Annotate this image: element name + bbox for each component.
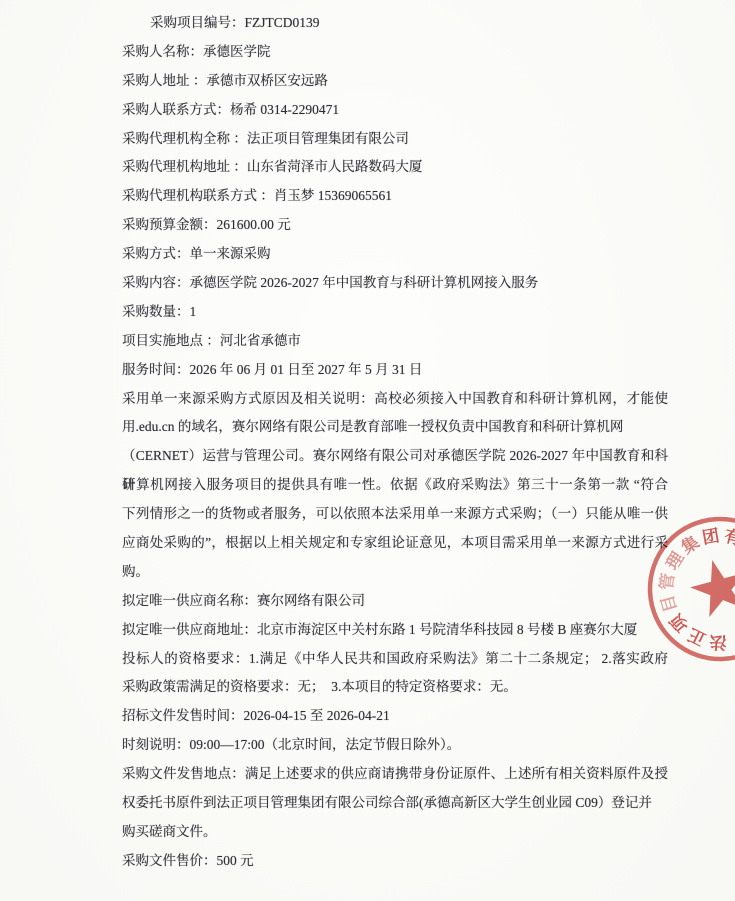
seal-char: 项 [666, 610, 692, 636]
doc-line-reason-2: 用.edu.cn 的域名，赛尔网络有限公司是教育部唯一授权负责中国教育和科研计算… [122, 413, 668, 442]
doc-line-sale-place-2: 权委托书原件到法正项目管理集团有限公司综合部(承德高新区大学生创业园 C09）登… [122, 789, 668, 818]
doc-line-agency-address: 采购代理机构地址 ：山东省菏泽市人民路数码大厦 [122, 153, 668, 182]
seal-char: 正 [685, 624, 709, 649]
doc-line-purchaser-name: 采购人名称：承德医学院 [122, 38, 668, 67]
document-page: 采购项目编号：FZJTCD0139 采购人名称：承德医学院 采购人地址 ：承德市… [0, 0, 735, 901]
seal-char: 集 [677, 532, 702, 558]
doc-line-purchaser-address: 采购人地址 ：承德市双桥区安远路 [122, 67, 668, 96]
doc-line-project-number: 采购项目编号：FZJTCD0139 [122, 9, 668, 38]
seal-char: 有 [722, 525, 735, 549]
doc-line-supplier-name: 拟定唯一供应商名称：赛尔网络有限公司 [122, 587, 668, 616]
doc-line-reason-4: 计算机网接入服务项目的提供具有唯一性。依据《政府采购法》第三十一条第一款 “符合 [122, 471, 668, 500]
doc-line-agency-name: 采购代理机构全称 ：法正项目管理集团有限公司 [122, 125, 668, 154]
doc-line-reason-3: （CERNET）运营与管理公司。赛尔网络有限公司对承德医学院 2026-2027… [122, 442, 668, 471]
doc-line-doc-price: 采购文件售价：500 元 [122, 847, 668, 876]
doc-line-time-note: 时刻说明：09:00—17:00（北京时间，法定节假日除外）。 [122, 731, 668, 760]
doc-line-reason-5: 下列情形之一的货物或者服务，可以依照本法采用单一来源方式采购；（一）只能从唯一供 [122, 500, 668, 529]
doc-line-sale-place-1: 采购文件发售地点：满足上述要求的供应商请携带身份证原件、上述所有相关资料原件及授 [122, 760, 668, 789]
doc-line-qualification-1: 投标人的资格要求：1.满足《中华人民共和国政府采购法》第二十二条规定； 2.落实… [122, 645, 668, 674]
doc-line-budget: 采购预算金额：261600.00 元 [122, 211, 668, 240]
doc-line-location: 项目实施地点 ：河北省承德市 [122, 327, 668, 356]
doc-line-supplier-address: 拟定唯一供应商地址：北京市海淀区中关村东路 1 号院清华科技园 8 号楼 B 座… [122, 616, 668, 645]
doc-line-agency-contact: 采购代理机构联系方式 ：肖玉梦 15369065561 [122, 182, 668, 211]
doc-line-content: 采购内容：承德医学院 2026-2027 年中国教育与科研计算机网接入服务 [122, 269, 668, 298]
doc-line-reason-7: 购。 [122, 558, 668, 587]
seal-char: 团 [701, 526, 721, 548]
doc-line-sale-place-3: 购买磋商文件。 [122, 818, 668, 847]
doc-line-method: 采购方式：单一来源采购 [122, 240, 668, 269]
doc-line-reason-6: 应商处采购的”，根据以上相关规定和专家组论证意见，本项目需采用单一来源方式进行采 [122, 529, 668, 558]
star-icon [685, 553, 735, 620]
doc-line-purchaser-contact: 采购人联系方式：杨希 0314-2290471 [122, 96, 668, 125]
doc-line-sale-time: 招标文件发售时间：2026-04-15 至 2026-04-21 [122, 702, 668, 731]
document-body: 采购项目编号：FZJTCD0139 采购人名称：承德医学院 采购人地址 ：承德市… [122, 9, 668, 876]
doc-line-service-period: 服务时间：2026 年 06 月 01 日至 2027 年 5 月 31 日 [122, 356, 668, 385]
seal-char: 法 [708, 632, 727, 653]
doc-line-quantity: 采购数量：1 [122, 298, 668, 327]
doc-line-reason-1: 采用单一来源采购方式原因及相关说明：高校必须接入中国教育和科研计算机网，才能使 [122, 385, 668, 414]
doc-line-qualification-2: 采购政策需满足的资格要求：无； 3.本项目的特定资格要求：无。 [122, 673, 668, 702]
